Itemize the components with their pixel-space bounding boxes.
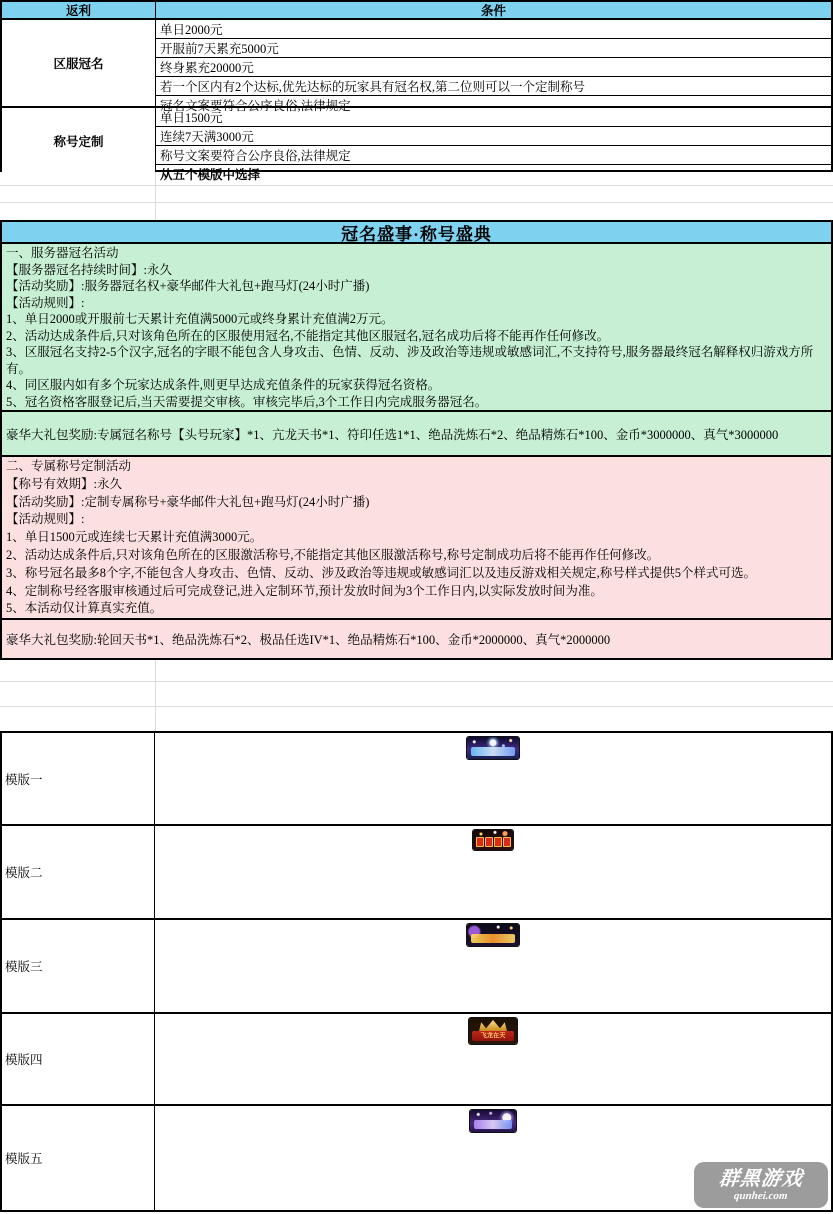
header-cell-rebate: 返利: [2, 2, 156, 18]
template-1-label: 模版一: [2, 733, 155, 824]
event-title: 冠名盛事·称号盛典: [341, 220, 492, 245]
section1-heading: 一、服务器冠名活动: [6, 245, 827, 262]
template-row-2: 模版二: [2, 826, 831, 920]
section1-rules-heading: 【活动规则】:: [6, 295, 827, 312]
template-3-badge-image: [467, 924, 519, 946]
server-naming-reward-text: 豪华大礼包奖励:专属冠名称号【头号玩家】*1、亢龙天书*1、符印任选1*1、绝品…: [6, 425, 778, 443]
section1-duration: 【服务器冠名持续时间】:永久: [6, 262, 827, 279]
section1-rule-1: 1、单日2000或开服前七天累计充值满5000元或终身累计充值满2万元。: [6, 311, 827, 328]
section2-rule-2: 2、活动达成条件后,只对该角色所在的区服激活称号,不能指定其他区服激活称号,称号…: [6, 547, 827, 565]
rebate-table-header: 返利 条件: [2, 2, 831, 20]
server-naming-section: 一、服务器冠名活动 【服务器冠名持续时间】:永久 【活动奖励】:服务器冠名权+豪…: [0, 244, 833, 410]
section1-rule-5: 5、冠名资格客服登记后,当天需要提交审核。审核完毕后,3个工作日内完成服务器冠名…: [6, 394, 827, 411]
template-table: 模版一 模版二 模版三 模版四 飞龙在天: [0, 731, 833, 1212]
template-4-label: 模版四: [2, 1014, 155, 1104]
custom-title-reward-text: 豪华大礼包奖励:轮回天书*1、绝品洗炼石*2、极品任选IV*1、绝品精炼石*10…: [6, 630, 610, 648]
section2-rule-4: 4、定制称号经客服审核通过后可完成登记,进入定制环节,预计发放时间为3个工作日内…: [6, 583, 827, 601]
condition-cell: 称号文案要符合公序良俗,法律规定: [156, 146, 831, 165]
group-title-custom: 称号定制 单日1500元 连续7天满3000元 称号文案要符合公序良俗,法律规定…: [2, 108, 831, 174]
section1-rule-4: 4、同区服内如有多个玩家达成条件,则更早达成充值条件的玩家获得冠名资格。: [6, 377, 827, 394]
empty-row: [0, 682, 833, 707]
custom-title-reward-row: 豪华大礼包奖励:轮回天书*1、绝品洗炼石*2、极品任选IV*1、绝品精炼石*10…: [0, 618, 833, 660]
column-gridline: [155, 660, 156, 731]
group-label-title-custom: 称号定制: [2, 108, 156, 174]
template-row-4: 模版四 飞龙在天: [2, 1014, 831, 1106]
section2-rules-heading: 【活动规则】:: [6, 511, 827, 529]
condition-cell: 连续7天满3000元: [156, 127, 831, 146]
condition-cell: 终身累充20000元: [156, 58, 831, 77]
section1-rule-3: 3、区服冠名支持2-5个汉字,冠名的字眼不能包含人身攻击、色情、反动、涉及政治等…: [6, 344, 827, 377]
group-server-naming: 区服冠名 单日2000元 开服前7天累充5000元 终身累充20000元 若一个…: [2, 20, 831, 108]
condition-cell: 单日1500元: [156, 108, 831, 127]
empty-row: [0, 186, 833, 203]
custom-title-section: 二、专属称号定制活动 【称号有效期】:永久 【活动奖励】:定制专属称号+豪华邮件…: [0, 457, 833, 618]
section2-rule-1: 1、单日1500元或连续七天累计充值满3000元。: [6, 529, 827, 547]
condition-cell: 开服前7天累充5000元: [156, 39, 831, 58]
section1-rule-2: 2、活动达成条件后,只对该角色所在的区服使用冠名,不能指定其他区服冠名,冠名成功…: [6, 328, 827, 345]
template-2-badge-image: [473, 830, 513, 850]
condition-cell: 若一个区内有2个达标,优先达标的玩家具有冠名权,第二位则可以一个定制称号: [156, 77, 831, 96]
server-naming-reward-row: 豪华大礼包奖励:专属冠名称号【头号玩家】*1、亢龙天书*1、符印任选1*1、绝品…: [0, 410, 833, 457]
section2-heading: 二、专属称号定制活动: [6, 458, 827, 476]
section2-rule-5: 5、本活动仅计算真实充值。: [6, 600, 827, 618]
spreadsheet-page: 返利 条件 区服冠名 单日2000元 开服前7天累充5000元 终身累充2000…: [0, 0, 833, 1214]
qunhei-watermark-badge[interactable]: 群黑游戏 qunhei.com: [694, 1162, 828, 1208]
template-row-3: 模版三: [2, 920, 831, 1014]
empty-row: [0, 172, 833, 186]
template-5-label: 模版五: [2, 1106, 155, 1210]
watermark-site-domain: qunhei.com: [734, 1190, 789, 1202]
section2-validity: 【称号有效期】:永久: [6, 476, 827, 494]
empty-rows-strip: [0, 172, 833, 220]
event-title-banner: 冠名盛事·称号盛典: [0, 220, 833, 244]
crown-icon: [479, 1020, 507, 1031]
group-label-server-naming: 区服冠名: [2, 20, 156, 106]
empty-row: [0, 660, 833, 682]
header-cell-condition: 条件: [156, 2, 831, 18]
template-4-badge-text: 飞龙在天: [481, 1033, 506, 1039]
watermark-site-name: 群黑游戏: [718, 1168, 804, 1190]
section2-reward-summary: 【活动奖励】:定制专属称号+豪华邮件大礼包+跑马灯(24小时广播): [6, 494, 827, 512]
template-5-badge-image: [470, 1110, 516, 1132]
column-gridline: [155, 172, 156, 220]
template-4-badge-image: 飞龙在天: [469, 1018, 517, 1044]
condition-cell: 单日2000元: [156, 20, 831, 39]
empty-row: [0, 203, 833, 220]
empty-rows-strip: [0, 660, 833, 731]
empty-row: [0, 707, 833, 731]
template-3-label: 模版三: [2, 920, 155, 1012]
section2-rule-3: 3、称号冠名最多8个字,不能包含人身攻击、色情、反动、涉及政治等违规或敏感词汇以…: [6, 565, 827, 583]
rebate-table: 返利 条件 区服冠名 单日2000元 开服前7天累充5000元 终身累充2000…: [0, 0, 833, 172]
template-1-badge-image: [467, 737, 519, 759]
template-2-label: 模版二: [2, 826, 155, 918]
section1-reward-summary: 【活动奖励】:服务器冠名权+豪华邮件大礼包+跑马灯(24小时广播): [6, 278, 827, 295]
template-row-1: 模版一: [2, 733, 831, 826]
